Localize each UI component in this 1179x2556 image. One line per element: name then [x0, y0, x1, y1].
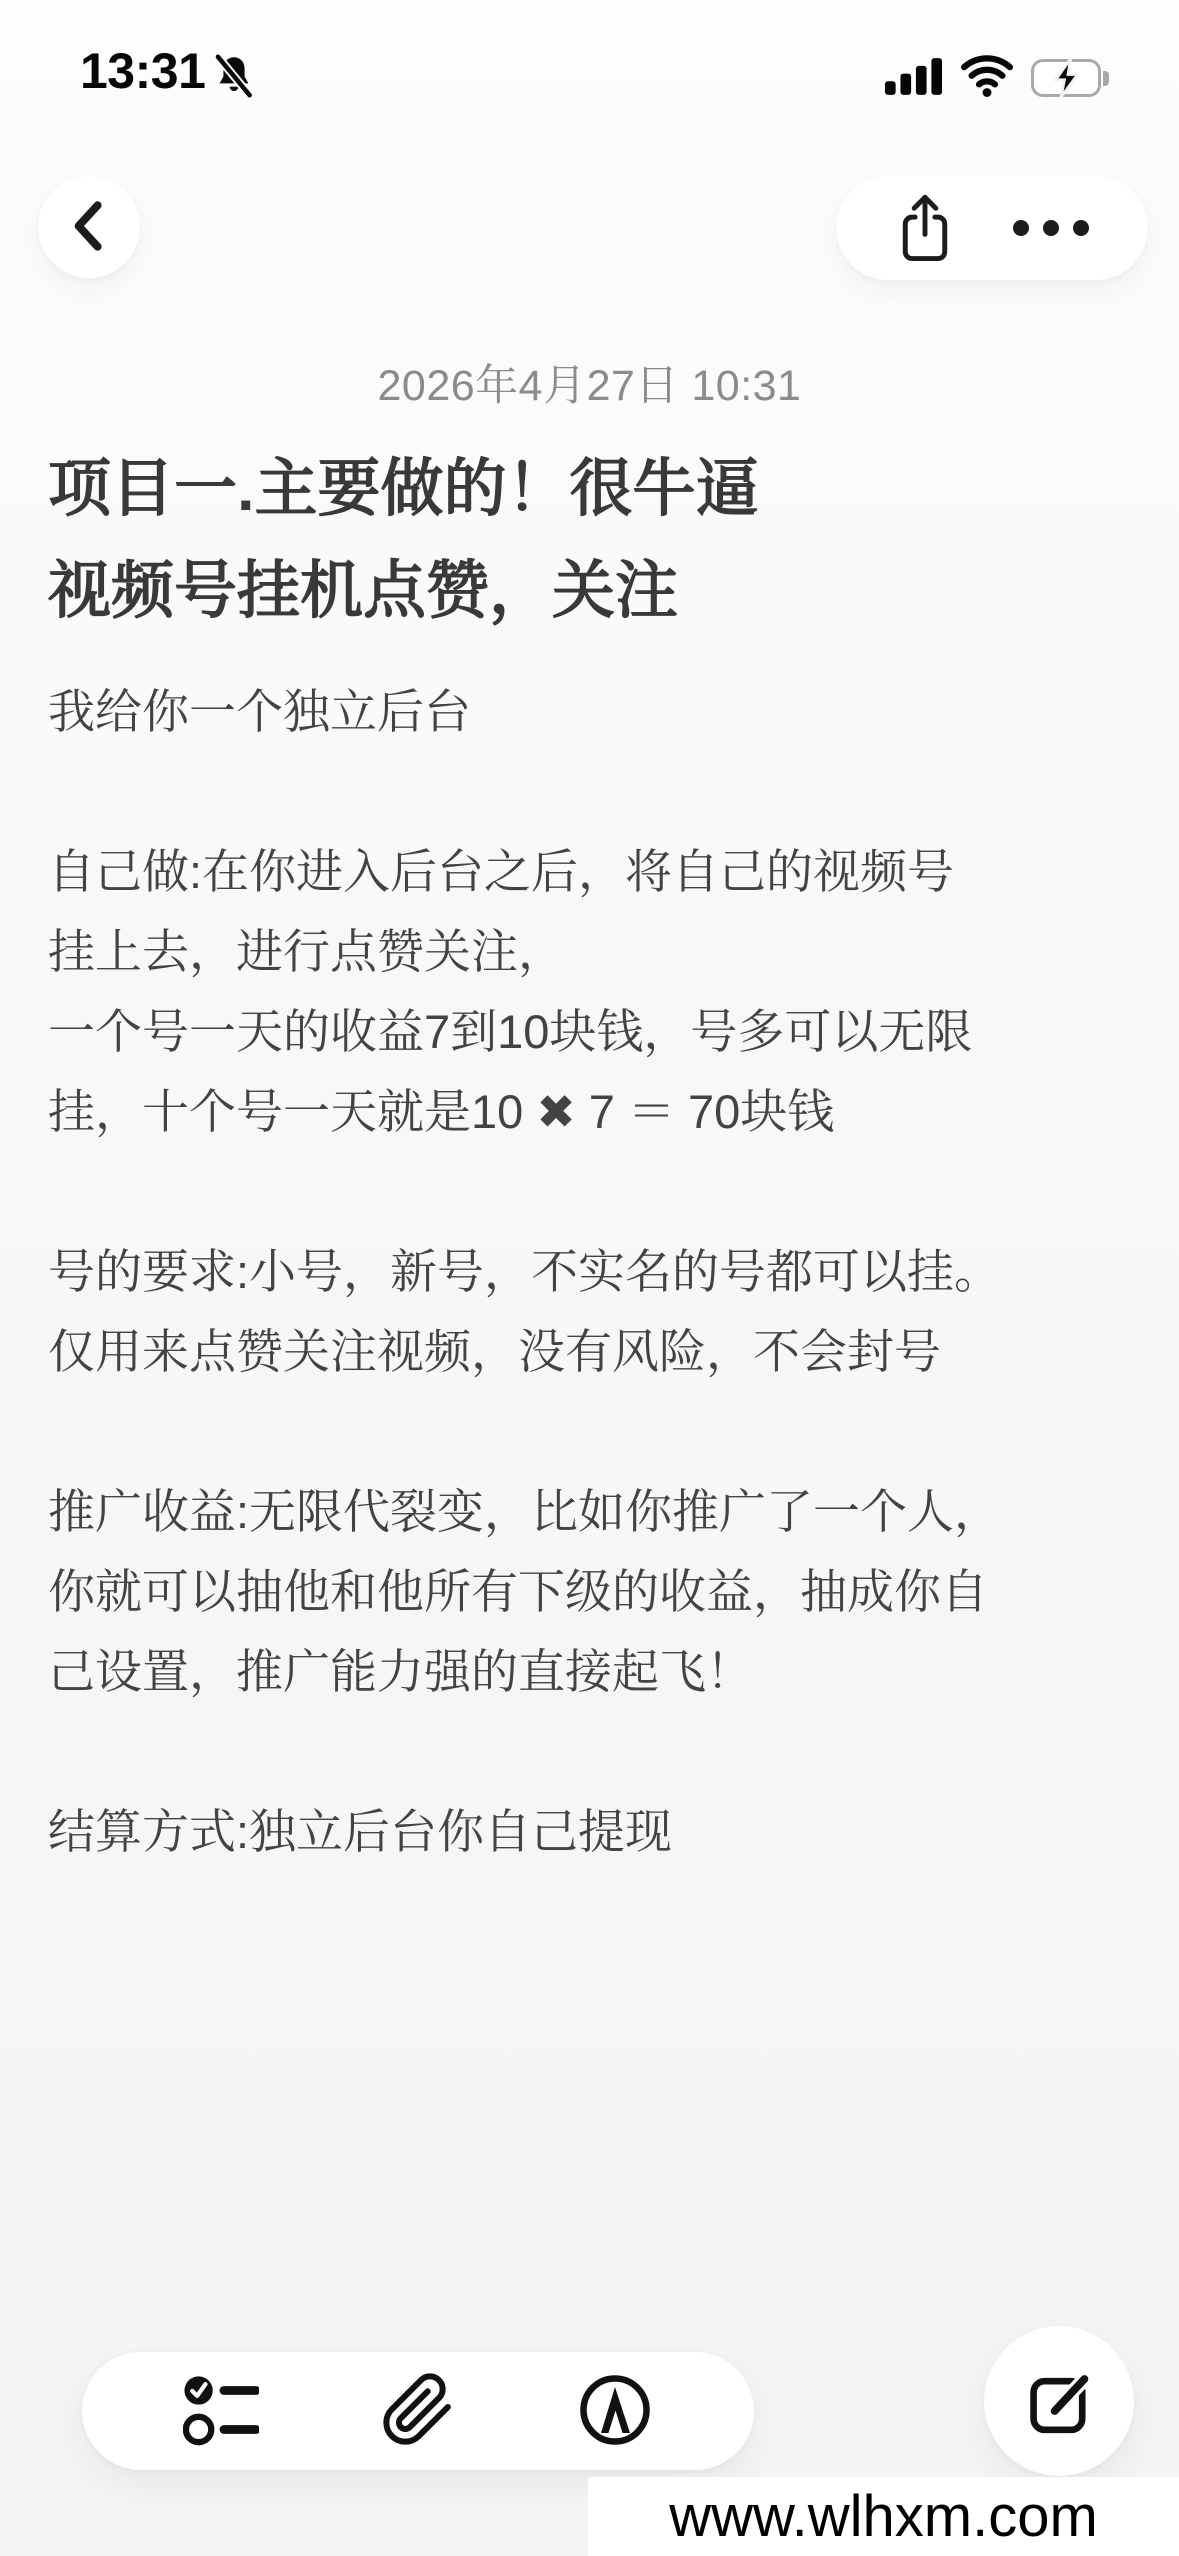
battery-charging-icon: [1031, 58, 1109, 98]
note-body-line: 仅用来点赞关注视频，没有风险，不会封号: [48, 1312, 1138, 1392]
markup-pen-icon: [577, 2372, 653, 2451]
paperclip-icon: [380, 2372, 456, 2451]
note-body: 我给你一个独立后台 自己做:在你进入后台之后，将自己的视频号挂上去，进行点赞关注…: [48, 672, 1138, 1872]
watermark: www.wlhxm.com: [588, 2477, 1179, 2556]
note-date: 2026年4月27日 10:31: [0, 352, 1179, 413]
status-time: 13:31: [80, 42, 205, 100]
note-body-line: 我给你一个独立后台: [48, 672, 1138, 752]
note-body-line: [48, 1152, 1138, 1232]
note-body-line: [48, 1712, 1138, 1792]
markup-button[interactable]: [577, 2372, 653, 2451]
note-body-line: 号的要求:小号，新号，不实名的号都可以挂。: [48, 1232, 1138, 1312]
note-body-line: [48, 1392, 1138, 1472]
attachment-button[interactable]: [380, 2372, 456, 2451]
share-button[interactable]: [895, 190, 955, 267]
checklist-button[interactable]: [183, 2372, 259, 2451]
bell-slash-icon: [210, 52, 258, 105]
note-body-line: 自己做:在你进入后台之后，将自己的视频号: [48, 832, 1138, 912]
compose-button[interactable]: [984, 2326, 1134, 2476]
share-icon: [895, 190, 955, 267]
note-body-line: 你就可以抽他和他所有下级的收益，抽成你自: [48, 1552, 1138, 1632]
chevron-left-icon: [70, 199, 108, 256]
bottom-toolbar: [82, 2352, 754, 2470]
compose-icon: [1017, 2358, 1101, 2445]
note-editor[interactable]: 项目一.主要做的！很牛逼视频号挂机点赞，关注 我给你一个独立后台 自己做:在你进…: [48, 438, 1138, 1872]
note-title-line: 视频号挂机点赞，关注: [48, 540, 1138, 642]
note-body-line: 一个号一天的收益7到10块钱，号多可以无限: [48, 992, 1138, 1072]
note-body-line: 推广收益:无限代裂变，比如你推广了一个人，: [48, 1472, 1138, 1552]
ellipsis-icon: [1013, 220, 1089, 236]
note-body-line: 结算方式:独立后台你自己提现: [48, 1792, 1138, 1872]
iphone-notes-screen: 13:31: [0, 0, 1179, 2556]
note-body-line: 挂，十个号一天就是10 ✖ 7 ＝ 70块钱: [48, 1072, 1138, 1152]
back-button[interactable]: [38, 176, 140, 278]
wifi-icon: [959, 52, 1015, 104]
note-body-line: [48, 752, 1138, 832]
note-body-line: 挂上去，进行点赞关注，: [48, 912, 1138, 992]
more-button[interactable]: [1013, 220, 1089, 236]
cellular-signal-icon: [885, 56, 943, 100]
nav-actions-pill: [836, 176, 1148, 280]
note-body-line: 己设置，推广能力强的直接起飞！: [48, 1632, 1138, 1712]
note-title-line: 项目一.主要做的！很牛逼: [48, 438, 1138, 540]
status-indicators: [885, 52, 1109, 104]
note-title: 项目一.主要做的！很牛逼视频号挂机点赞，关注: [48, 438, 1138, 642]
charging-bolt-icon: [1047, 57, 1089, 104]
status-bar: 13:31: [0, 0, 1179, 130]
checklist-icon: [183, 2372, 259, 2451]
